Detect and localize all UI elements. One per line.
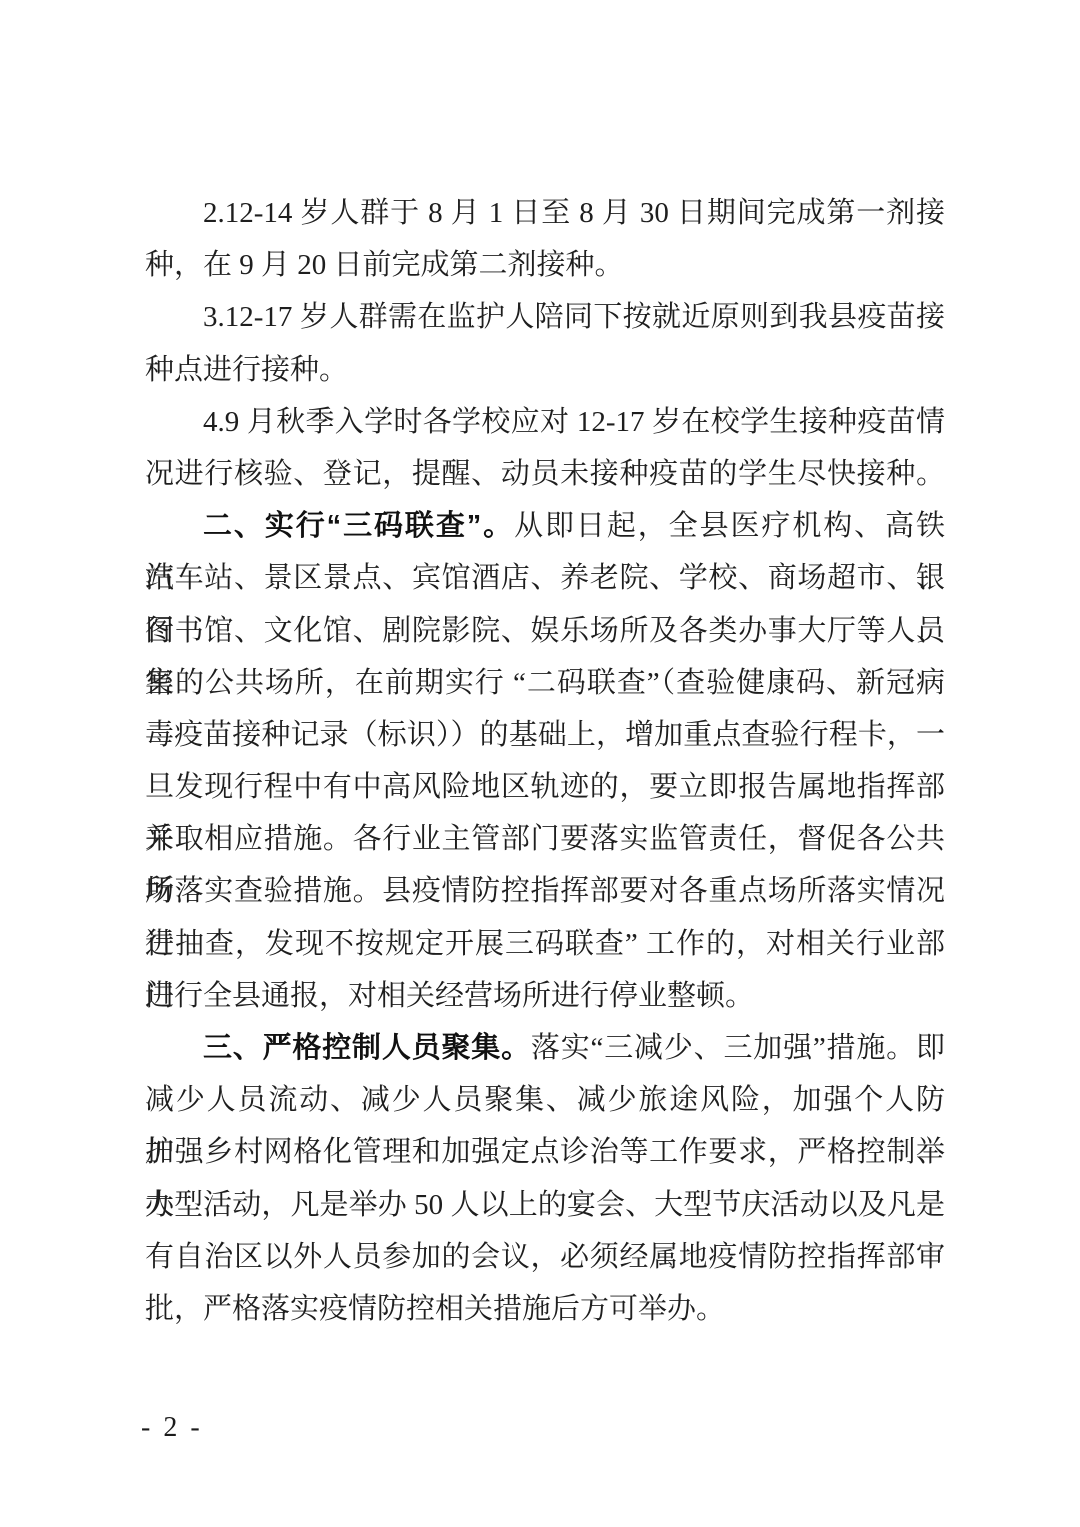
text-line: 种，在 9 月 20 日前完成第二剂接种。 <box>145 239 945 291</box>
line-text: 集的公共场所，在前期实行 “二码联查”（查验健康码、新冠病 <box>145 667 945 699</box>
text-line: 4.9 月秋季入学时各学校应对 12-17 岁在校学生接种疫苗情 <box>145 396 945 448</box>
text-line: 旦发现行程中有中高风险地区轨迹的，要立即报告属地指挥部并 <box>145 761 945 813</box>
page-number: - 2 - <box>141 1412 203 1444</box>
line-text: 4.9 月秋季入学时各学校应对 12-17 岁在校学生接种疫苗情 <box>203 406 945 438</box>
line-text: 3.12-17 岁人群需在监护人陪同下按就近原则到我县疫苗接 <box>203 301 945 333</box>
text-line: 有自治区以外人员参加的会议，必须经属地疫情防控指挥部审 <box>145 1231 945 1283</box>
line-text: 落实“三减少、三加强”措施。即 <box>531 1032 945 1064</box>
line-text: 批，严格落实疫情防控相关措施后方可举办。 <box>145 1293 725 1325</box>
text-line: 况进行核验、登记，提醒、动员未接种疫苗的学生尽快接种。 <box>145 448 945 500</box>
text-line: 集的公共场所，在前期实行 “二码联查”（查验健康码、新冠病 <box>145 657 945 709</box>
line-text: 毒疫苗接种记录（标识））的基础上，增加重点查验行程卡，一 <box>145 719 945 751</box>
text-line: 二、实行“三码联查”。从即日起，全县医疗机构、高铁站、 <box>145 500 945 552</box>
line-text: 况进行核验、登记，提醒、动员未接种疫苗的学生尽快接种。 <box>145 458 945 490</box>
text-line: 大型活动，凡是举办 50 人以上的宴会、大型节庆活动以及凡是 <box>145 1179 945 1231</box>
line-text: 大型活动，凡是举办 50 人以上的宴会、大型节庆活动以及凡是 <box>145 1189 945 1221</box>
line-text: 种，在 9 月 20 日前完成第二剂接种。 <box>145 249 624 281</box>
text-block: 2.12-14 岁人群于 8 月 1 日至 8 月 30 日期间完成第一剂接种，… <box>145 187 945 1335</box>
document-page: 2.12-14 岁人群于 8 月 1 日至 8 月 30 日期间完成第一剂接种，… <box>0 0 1080 1527</box>
line-text: 有自治区以外人员参加的会议，必须经属地疫情防控指挥部审 <box>145 1241 945 1273</box>
line-text: 2.12-14 岁人群于 8 月 1 日至 8 月 30 日期间完成第一剂接 <box>203 197 945 229</box>
line-text: 进行全县通报，对相关经营场所进行停业整顿。 <box>145 980 754 1012</box>
text-line: 批，严格落实疫情防控相关措施后方可举办。 <box>145 1283 945 1335</box>
text-line: 2.12-14 岁人群于 8 月 1 日至 8 月 30 日期间完成第一剂接 <box>145 187 945 239</box>
text-line: 汽车站、景区景点、宾馆酒店、养老院、学校、商场超市、银行、 <box>145 552 945 604</box>
line-text: 种点进行接种。 <box>145 354 348 386</box>
text-line: 采取相应措施。各行业主管部门要落实监管责任，督促各公共场 <box>145 813 945 865</box>
text-line: 减少人员流动、减少人员聚集、减少旅途风险，加强个人防护、 <box>145 1074 945 1126</box>
text-line: 三、严格控制人员聚集。落实“三减少、三加强”措施。即 <box>145 1022 945 1074</box>
text-line: 种点进行接种。 <box>145 344 945 396</box>
text-line: 进行全县通报，对相关经营场所进行停业整顿。 <box>145 970 945 1022</box>
text-line: 所落实查验措施。县疫情防控指挥部要对各重点场所落实情况进 <box>145 865 945 917</box>
text-line: 毒疫苗接种记录（标识））的基础上，增加重点查验行程卡，一 <box>145 709 945 761</box>
text-line: 行抽查，发现不按规定开展三码联查” 工作的，对相关行业部门 <box>145 918 945 970</box>
text-line: 3.12-17 岁人群需在监护人陪同下按就近原则到我县疫苗接 <box>145 291 945 343</box>
text-line: 图书馆、文化馆、剧院影院、娱乐场所及各类办事大厅等人员密 <box>145 605 945 657</box>
section-heading: 三、严格控制人员聚集。 <box>203 1032 531 1064</box>
text-line: 加强乡村网格化管理和加强定点诊治等工作要求，严格控制举办 <box>145 1126 945 1178</box>
section-heading: 二、实行“三码联查”。 <box>203 510 514 542</box>
